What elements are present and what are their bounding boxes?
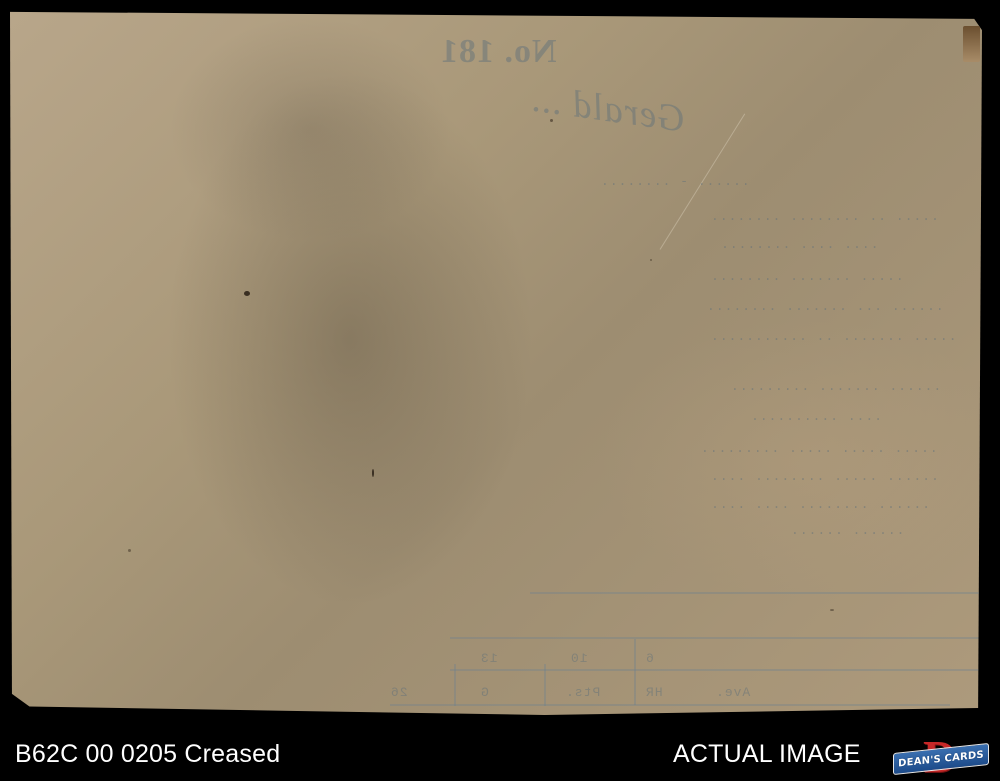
bleed-text-line: ..... ..... ..... ......... (700, 441, 938, 456)
bleed-text-line: ...... ....... ......... (730, 379, 941, 394)
bleed-table-cell: HR (645, 685, 663, 700)
bleed-table-rule (450, 669, 990, 671)
bleed-table-cell: 13 (480, 651, 498, 666)
bleed-player-name: Gerald ... (528, 76, 688, 141)
bleed-table-cell: 6 (645, 651, 654, 666)
bleed-card-number: No. 181 (440, 33, 557, 71)
bleed-text-line: .... .......... (750, 409, 882, 424)
bleed-table-cell: Pts. (565, 685, 600, 700)
logo-banner-text: DEAN'S CARDS (898, 749, 984, 769)
bleed-table-divider (454, 664, 456, 706)
deans-cards-logo: D DEAN'S CARDS (893, 735, 989, 779)
paper-speck (244, 291, 250, 296)
bleed-table-rule (390, 704, 950, 706)
actual-image-caption: ACTUAL IMAGE (673, 740, 861, 769)
corner-wear (963, 26, 980, 62)
bleed-table-divider (634, 639, 636, 705)
bleed-text-line: ...... ..... ........ .... (710, 469, 939, 484)
bleed-text-line: ...... ........ .... .... (710, 497, 930, 512)
paper-speck (650, 259, 652, 261)
bleed-table-cell: 10 (570, 651, 588, 666)
paper-speck (128, 549, 131, 552)
bleed-text-line: ..... ....... .. ........... (710, 329, 956, 344)
paper-speck (372, 469, 374, 477)
trading-card-back: No. 181 Gerald ... ...... - ........ ...… (10, 9, 982, 715)
bleed-table-cell: 26 (390, 685, 408, 700)
bleed-text-line: ...... ... ....... ........ (706, 299, 944, 314)
paper-speck (830, 609, 834, 611)
bleed-text-line: ..... ....... ........ (710, 269, 904, 284)
bleed-text-line: ...... ...... (790, 523, 904, 538)
bleed-table-rule (450, 637, 990, 639)
bleed-table-divider (544, 664, 546, 706)
bleed-table-cell: Ave. (715, 685, 750, 700)
bleed-text-line: ..... .. ........ ........ (710, 209, 939, 224)
bleed-table-cell: G (480, 685, 489, 700)
bleed-text-line: .... .... ........ (720, 237, 878, 252)
bleed-table-rule (530, 592, 980, 594)
bleed-text-line: ...... - ........ (600, 174, 750, 189)
photo-stage: No. 181 Gerald ... ...... - ........ ...… (0, 0, 1000, 781)
card-id-caption: B62C 00 0205 Creased (15, 740, 280, 769)
